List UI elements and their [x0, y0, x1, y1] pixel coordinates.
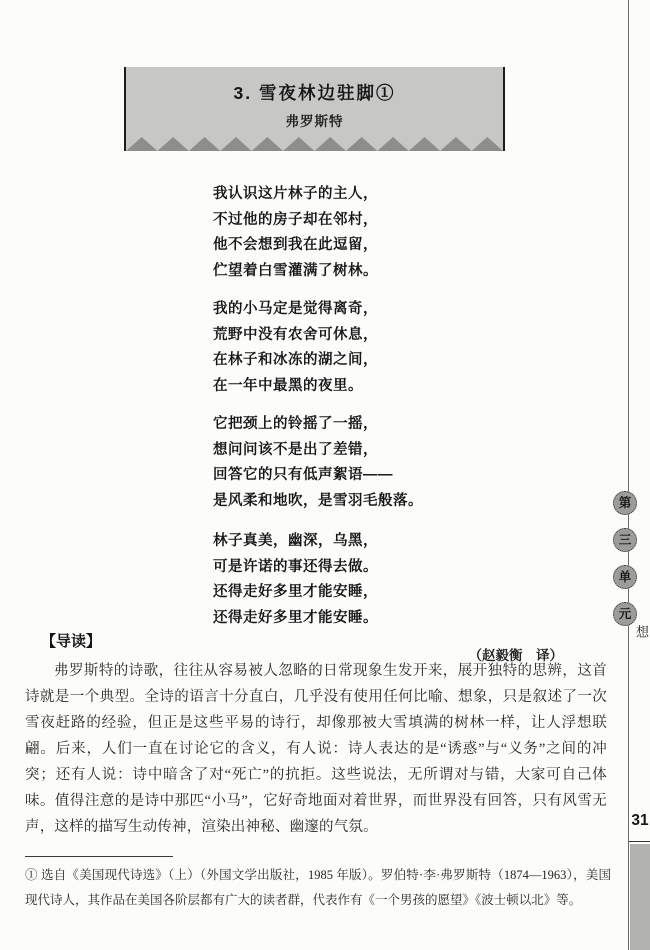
poem-stanza-4: 林子真美，幽深，乌黑， 可是许诺的事还得去做。 还得走好多里才能安睡， 还得走好…	[213, 529, 605, 631]
unit-label-char: 第	[613, 491, 637, 515]
reading-guide: 【导读】 弗罗斯特的诗歌，往往从容易被人忽略的日常现象生发开来，展开独特的思辨，…	[25, 630, 607, 840]
poem: 我认识这片林子的主人， 不过他的房子却在邻村， 他不会想到我在此逗留， 伫望着白…	[213, 182, 605, 664]
corner-gray-block	[630, 844, 650, 950]
poem-line: 我认识这片林子的主人，	[213, 182, 605, 208]
sidebar-vertical-rule	[628, 0, 629, 950]
poem-stanza-1: 我认识这片林子的主人， 不过他的房子却在邻村， 他不会想到我在此逗留， 伫望着白…	[213, 182, 605, 284]
unit-label: 第 三 单 元	[613, 491, 639, 639]
poem-line: 不过他的房子却在邻村，	[213, 208, 605, 234]
poem-line: 荒野中没有农舍可休息，	[213, 323, 605, 349]
lesson-author: 弗罗斯特	[126, 110, 503, 130]
unit-subtitle-vertical: 像闻玫瑰花一样闻到思想	[632, 625, 650, 800]
poem-line: 在林子和冰冻的湖之间，	[213, 348, 605, 374]
poem-line: 还得走好多里才能安睡。	[213, 606, 605, 632]
footnote-text: 选自《美国现代诗选》（上）（外国文学出版社，1985 年版）。罗伯特·李·弗罗斯…	[25, 868, 611, 907]
poem-line: 它把颈上的铃摇了一摇，	[213, 412, 605, 438]
reading-guide-label: 【导读】	[41, 630, 607, 651]
unit-label-char: 单	[613, 565, 637, 589]
corner-divider	[629, 841, 650, 842]
poem-stanza-3: 它把颈上的铃摇了一摇， 想问问该不是出了差错， 回答它的只有低声絮语—— 是风柔…	[213, 412, 605, 514]
unit-label-char: 元	[613, 602, 637, 626]
footnote-divider	[25, 856, 173, 857]
poem-line: 回答它的只有低声絮语——	[213, 463, 605, 489]
footnote-marker: ①	[25, 868, 38, 882]
footnote: ① 选自《美国现代诗选》（上）（外国文学出版社，1985 年版）。罗伯特·李·弗…	[25, 863, 611, 913]
poem-line: 想问问该不是出了差错，	[213, 438, 605, 464]
poem-line: 林子真美，幽深，乌黑，	[213, 529, 605, 555]
poem-stanza-2: 我的小马定是觉得离奇， 荒野中没有农舍可休息， 在林子和冰冻的湖之间， 在一年中…	[213, 297, 605, 399]
poem-line: 还得走好多里才能安睡，	[213, 580, 605, 606]
reading-guide-body: 弗罗斯特的诗歌，往往从容易被人忽略的日常现象生发开来，展开独特的思辨，这首诗就是…	[25, 658, 607, 840]
textbook-page: 3. 雪夜林边驻脚① 弗罗斯特 我认识这片林子的主人， 不过他的房子却在邻村， …	[0, 0, 650, 950]
poem-line: 在一年中最黑的夜里。	[213, 374, 605, 400]
poem-line: 可是许诺的事还得去做。	[213, 555, 605, 581]
page-number: 31	[630, 812, 650, 830]
poem-line: 伫望着白雪灌满了树林。	[213, 259, 605, 285]
poem-line: 我的小马定是觉得离奇，	[213, 297, 605, 323]
zigzag-border-decoration	[126, 137, 503, 151]
poem-line: 是风柔和地吹，是雪羽毛般落。	[213, 489, 605, 515]
poem-line: 他不会想到我在此逗留，	[213, 233, 605, 259]
lesson-header: 3. 雪夜林边驻脚① 弗罗斯特	[124, 67, 505, 151]
lesson-title: 3. 雪夜林边驻脚①	[126, 80, 503, 105]
unit-label-char: 三	[613, 528, 637, 552]
